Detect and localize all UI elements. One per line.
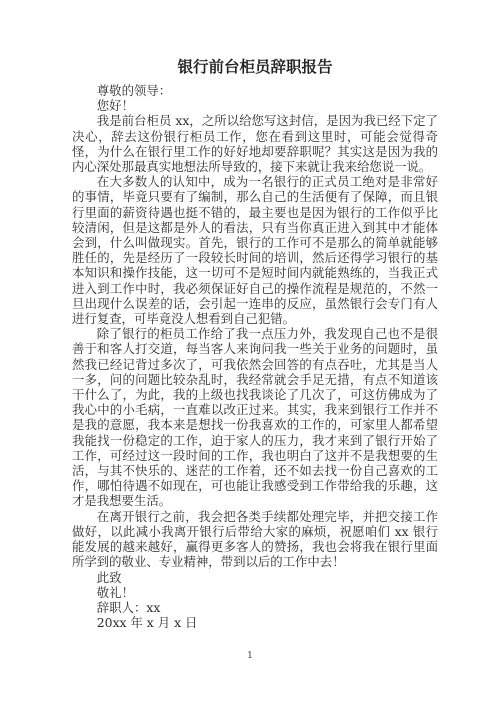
greeting-line: 您好！ xyxy=(72,98,438,113)
salutation-line: 尊敬的领导： xyxy=(72,83,438,98)
closing-respect: 敬礼！ xyxy=(72,585,438,600)
closing-salute: 此致 xyxy=(72,570,438,585)
paragraph-1: 我是前台柜员 xx，之所以给您写这封信，是因为我已经下定了决心，辞去这份银行柜员… xyxy=(72,113,438,174)
document-page: 银行前台柜员辞职报告 尊敬的领导： 您好！ 我是前台柜员 xx，之所以给您写这封… xyxy=(0,0,500,707)
paragraph-3: 除了银行的柜员工作给了我一点压力外，我发现自己也不是很善于和客人打交道，每当客人… xyxy=(72,326,438,508)
paragraph-2: 在大多数人的认知中，成为一名银行的正式员工绝对是非常好的事情，毕竟只要有了编制，… xyxy=(72,174,438,326)
closing-signer: 辞职人：xx xyxy=(72,600,438,615)
closing-date: 20xx 年 x 月 x 日 xyxy=(72,615,438,630)
document-title: 银行前台柜员辞职报告 xyxy=(72,56,438,77)
page-number: 1 xyxy=(0,650,500,662)
paragraph-4: 在离开银行之前，我会把各类手续都处理完毕，并把交接工作做好，以此减小我离开银行后… xyxy=(72,509,438,570)
